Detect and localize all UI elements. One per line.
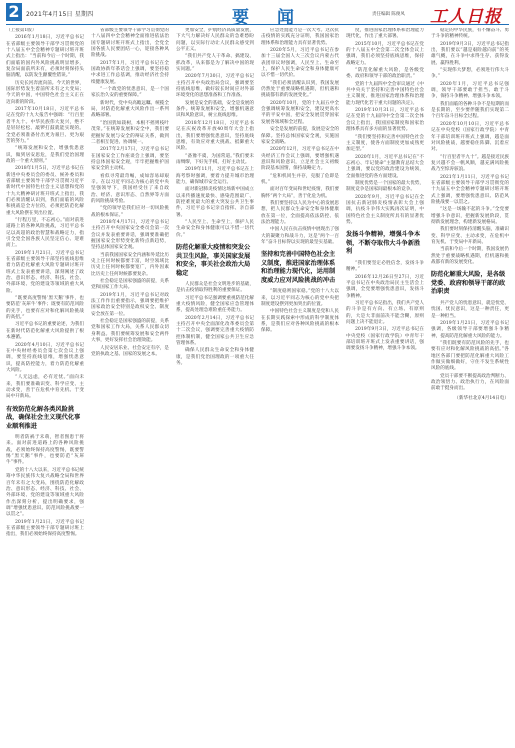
body-paragraph: 历史长河奔流向前。今天的世界，国际形势发生着前所未有之大变局；今天的中国，中国特… xyxy=(6,81,84,106)
body-paragraph: 2019年1月，习近平总书记对政法工作作出重要指示，强调要把维护国家政治安全特别… xyxy=(91,293,169,318)
body-paragraph: “统筹发展和安全，增强忧患意识，做到居安思危，是我们党治国理政的一个重大原则。” xyxy=(6,146,84,165)
body-paragraph: 2017年2月17日，习近平总书记在国家安全工作座谈会上强调，要坚持总体国家安全… xyxy=(91,147,169,172)
body-paragraph: 党的十九届四中全会审议通过《中共中央关于坚持和完善中国特色社会主义制度、推进国家… xyxy=(346,82,424,107)
body-paragraph: 人民群众是社会文明进步的基础，是抗击疫情取得胜利的重要保证。 xyxy=(176,282,254,295)
body-paragraph: 我们面临的各种斗争不是短期的而是长期的，至少要伴随我们实现第二个百年奋斗目标全过… xyxy=(431,102,509,121)
body-paragraph: “党的领导是我们应对一切风险挑战的根本保证。” xyxy=(91,206,169,219)
body-paragraph: （上接第1版） xyxy=(6,28,84,34)
body-paragraph: 党的十八大以来，习近平总书记统筹中华民族伟大复兴战略全局和世界百年未有之大变局，… xyxy=(6,468,84,519)
body-paragraph: “我们既要有防范风险的先手，也要有应对和化解风险挑战的高招。”各地区各部门要把防… xyxy=(431,341,509,373)
body-paragraph: “治国犹如栽树，本根不摇则枝叶茂荣。”在统筹发展和安全中，我们要把握好发展与安全… xyxy=(91,121,169,146)
body-paragraph: 2015年10月，习近平总书记在党的十八届五中全会第二次全体会议上强调，我们必须… xyxy=(346,42,424,67)
body-paragraph: 2018年12月18日，习近平总书记在庆祝改革开放40周年大会上指出，我们要增强… xyxy=(176,121,254,153)
body-paragraph: 2020年10月10日，习近平总书记在中央党校（国家行政学院）中青年干部培训班开… xyxy=(431,122,509,154)
dateline-note: （新华社北京4月14日电） xyxy=(431,395,509,401)
body-paragraph: “人民至上、生命至上，保护人民生命安全和身体健康可以不惜一切代价。” xyxy=(176,220,254,239)
body-paragraph: 新时代，党中央高瞻远瞩、统揽全局，对防范化解重大风险作出一系列战略部署。 xyxy=(91,101,169,120)
body-paragraph: 当前和今后一个时期，我国发展仍然处于重要战略机遇期，但机遇和挑战都有新的发展变化… xyxy=(431,247,509,266)
column-6: 稳定的中华民族，有不懈奋斗、勇于斗争的精神传统。2019年9月3日，习近平总书记… xyxy=(431,28,509,744)
body-paragraph: “行百里者半九十”。越是接近民族复兴越不会一帆风顺，越充满风险挑战乃至惊涛骇浪。 xyxy=(431,155,509,174)
body-paragraph: 明者防祸于未萌，智者图患于将来。面对前进道路上的各种风险挑战，必须始终保持高度警… xyxy=(6,435,84,467)
body-paragraph: “我们要坚定必胜信念，发扬斗争精神。” xyxy=(346,261,424,274)
page-number-badge: 2 xyxy=(6,3,22,21)
article-headline: 防范化解重大疫情和突发公共卫生风险，事关国家发展和安全，事关社会政治大局稳定 xyxy=(176,244,254,278)
body-paragraph: 度，推进国家治理体系和治理能力现代化，作出了重大部署。 xyxy=(346,28,424,41)
body-paragraph: 安全是发展的前提，发展是安全的保障。坚持总体国家安全观，实施国家安全战略。 xyxy=(261,127,339,146)
article-headline: 发扬斗争精神，增强斗争本领，不断夺取伟大斗争新胜利 xyxy=(346,231,424,257)
body-paragraph: 2020年1月，习近平总书记强调，领导干部要敢于担当、敢于斗争，保持斗争精神、增… xyxy=(431,82,509,101)
column-4: 应急处置能力是一次大考。这次抗击疫情的实践充分证明，我国国家治理体系和治理能力具… xyxy=(261,28,339,744)
body-paragraph: 习近平总书记强调要重视防范化解重大疫情风险，健全国家应急管理体系，提高处理急难险… xyxy=(176,296,254,315)
article-headline: 有效防范化解各类风险挑战，确保社会主义现代化事业顺利推进 xyxy=(6,406,84,432)
body-paragraph: 2021年1月11日，习近平总书记在省部级主要领导干部学习贯彻党的十九届五中全会… xyxy=(431,175,509,207)
body-paragraph: “制度稳则国家稳。”党的十八大以来，以习近平同志为核心的党中央把制度建设摆到更加… xyxy=(261,289,339,308)
body-paragraph: 2019年9月3日，习近平总书记在中央党校（国家行政学院）中青年干部培训班开班式… xyxy=(346,327,424,352)
body-paragraph: “危和机同生并存，克服了危即是机。” xyxy=(261,174,339,187)
body-paragraph: 2020年7月30日，习近平总书记主持召开中央政治局会议，强调要坚持底线思维，做… xyxy=(176,74,254,99)
body-paragraph: 面对百年变局和世纪疫情，我们要胸怀“两个大局”，善于化危为机。 xyxy=(261,187,339,200)
body-paragraph: 2020年10月，党的十九届五中全会强调统筹发展和安全，建设更高水平的平安中国，… xyxy=(261,101,339,126)
masthead: 2 2021年4月15日 星期四 要闻 责任编辑 陈俊凤 工人日报 xyxy=(0,0,515,24)
body-paragraph: 2019年9月3日，习近平总书记指出，我们要以“越是艰险越向前”的英雄气概，在斗… xyxy=(431,42,509,67)
body-paragraph: 习近平总书记指出，我们共产党人的斗争是有方向、有立场、有原则的，大是大非面前决不… xyxy=(346,301,424,326)
body-paragraph: “人无远虑，必有近忧。”面向未来，我们要准确识变、科学应变、主动求变，善于在危机… xyxy=(6,375,84,400)
column-3: 更加安全，护航经济高质量发展，下大气力解决好人民群众的急难愁盼问题，以实际行动让… xyxy=(176,28,254,744)
body-paragraph: 2016年12月26日至27日，习近平总书记在中央政治局民主生活会上强调，全党要… xyxy=(346,275,424,300)
body-paragraph: “行程万里，不忘初心。”面对前进道路上的各种风险挑战，习近平总书记以高超的政治智… xyxy=(6,218,84,250)
body-paragraph: 2018年1月5日，习近平总书记在新进中央委员会的委员、候补委员和省部级主要领导… xyxy=(6,166,84,217)
body-paragraph: 稳定的中华民族，有不懈奋斗、勇于斗争的精神传统。 xyxy=(431,28,509,41)
body-paragraph: 应急处置能力是一次大考。这次抗击疫情的实践充分证明，我国国家治理体系和治理能力具… xyxy=(261,28,339,47)
body-paragraph: 2017年1月，习近平总书记在全国政协新年茶话会上强调，要坚持稳中求进工作总基调… xyxy=(91,61,169,86)
body-paragraph: 人民安居乐业、社会安定有序，是党的执政之基、国家的发展之本。 xyxy=(91,346,169,359)
date-line: 2021年4月15日 星期四 xyxy=(26,9,93,18)
body-paragraph: 当前我国国家安全内涵和外延比历史上任何时候都要丰富，时空领域比历史上任何时候都要… xyxy=(91,253,169,278)
body-paragraph: 2019年10月31日，习近平总书记在党的十九届四中全会第二次全体会议上指出，我… xyxy=(346,108,424,133)
body-paragraph: 2017年10月18日，习近平总书记在党的十九大报告中强调：“行百里者半九十。中… xyxy=(6,107,84,145)
body-paragraph: 2020年4月10日，习近平总书记在中央财经委员会第七次会议上强调，要坚持底线思… xyxy=(6,343,84,375)
body-paragraph: 2019年1月21日，习近平总书记强调，各级领导干部要增强斗争精神，提高防范化解… xyxy=(431,321,509,340)
body-paragraph: 2020年1月，习近平总书记在“不忘初心、牢记使命”主题教育总结大会上强调，要以… xyxy=(346,155,424,180)
body-paragraph: “这是一场输不起的斗争。”全党要增强斗争意识，把握新发展阶段，贯彻新发展理念，构… xyxy=(431,207,509,226)
article-columns: （上接第1版）2016年1月18日，习近平总书记在省部级主要领导干部学习贯彻党的… xyxy=(6,28,509,744)
body-paragraph: 2020年12月，习近平总书记在中央经济工作会议上强调，要增强机遇意识和风险意识… xyxy=(261,147,339,172)
editor-credit: 责任编辑 陈俊凤 xyxy=(372,11,405,17)
body-paragraph: 中国人民在抗击疫情中展现出了强大的凝聚力和战斗力，这是“两个一百年”奋斗目标得以… xyxy=(261,227,339,246)
body-paragraph: 面对新冠肺炎疫情这场新中国成立以来传播速度最快、感染范围最广、防控难度最大的重大… xyxy=(176,187,254,219)
body-paragraph: 省部级主要领导干部学习贯彻党的十八届四中全会精神全面推进依法治国专题研讨班开班式… xyxy=(91,28,169,60)
header-rule xyxy=(6,24,509,25)
body-paragraph: 社会稳定是国家强盛的前提，关系党和国家工作大局。 xyxy=(91,279,169,292)
body-paragraph: “防范化解重大风险，是各级党委、政府和领导干部的政治职责。” xyxy=(346,68,424,81)
body-paragraph: “既要高度警惕‘黑天鹅’事件，也要防范‘灰犀牛’事件；既要有防范风险的先手，也要… xyxy=(6,296,84,321)
body-paragraph: 2018年4月17日，习近平总书记主持召开中央国家安全委员会第一次会议并发表重要… xyxy=(91,220,169,252)
body-paragraph: 共产党人的忧患意识，就是忧党、忧国、忧民意识，这是一种责任，更是一种担当。 xyxy=(431,301,509,320)
body-paragraph: 我们要坚持以人民为中心的发展思想，把人民群众生命安全和身体健康放在第一位，全面提… xyxy=(261,201,339,226)
body-paragraph: 发展是安全的基础，安全是发展的条件。统筹发展和安全，增强机遇意识和风险意识，树立… xyxy=(176,101,254,120)
column-1: （上接第1版）2016年1月18日，习近平总书记在省部级主要领导干部学习贯彻党的… xyxy=(6,28,84,744)
body-paragraph: 社会稳定是国家强盛的前提，关系党和国家工作大局，关系人民群众切身利益。我们要统筹… xyxy=(91,319,169,344)
body-paragraph: 2019年11月，习近平总书记在上海考察时强调，要着力提升城市治理能力，确保城市… xyxy=(176,167,254,186)
body-paragraph: “我们必须清醒认识到，我国发展仍然处于重要战略机遇期，但机遇和挑战都有新的发展变… xyxy=(261,81,339,100)
body-paragraph: 2020年5月，习近平总书记在参加十三届全国人大三次会议内蒙古代表团审议时强调，… xyxy=(261,48,339,80)
body-paragraph: “一个政党的忧患意识，是一个国家长治久安的重要保障。” xyxy=(91,87,169,100)
body-paragraph: 更加安全，护航经济高质量发展，下大气力解决好人民群众的急难愁盼问题，以实际行动让… xyxy=(176,28,254,53)
body-paragraph: 2020年2月14日，习近平总书记主持召开中央全面深化改革委员会第十二次会议，强… xyxy=(176,316,254,348)
body-paragraph: “实现伟大梦想，必须进行伟大斗争。” xyxy=(431,68,509,81)
body-paragraph: 党员干部要不断提高政治判断力、政治领悟力、政治执行力，在风险面前敢于挺身而出。 xyxy=(431,374,509,393)
column-2: 省部级主要领导干部学习贯彻党的十八届四中全会精神全面推进依法治国专题研讨班开班式… xyxy=(91,28,169,744)
body-paragraph: 2019年1月21日，习近平总书记在省部级主要领导干部坚持底线思维着力防范化解重… xyxy=(6,251,84,295)
body-paragraph: 2016年1月18日，习近平总书记在省部级主要领导干部学习贯彻党的十八届五中全会… xyxy=(6,35,84,79)
article-headline: 坚持和完善中国特色社会主义制度，推进国家治理体系和治理能力现代化，运用制度威力应… xyxy=(261,251,339,285)
body-paragraph: “我们共产党人干革命、搞建设、抓改革，从来都是为了解决中国的现实问题。” xyxy=(176,54,254,73)
body-paragraph: 制度优势是一个国家的最大优势，制度竞争是国家间最根本的竞争。 xyxy=(346,181,424,194)
body-paragraph: 2020年9月，习近平总书记在全国抗击新冠肺炎疫情表彰大会上强调，抗疫斗争伟大实… xyxy=(346,195,424,227)
body-paragraph: 确保人民群众生命安全和身体健康，是我们党治国理政的一项重大任务。 xyxy=(176,348,254,367)
body-paragraph: 2019年1月21日，习近平总书记在省部级主要领导干部专题研讨班上指出，我们必须… xyxy=(6,520,84,539)
article-headline: 防范化解重大风险，是各级党委、政府和领导干部的政治职责 xyxy=(431,271,509,297)
column-5: 度，推进国家治理体系和治理能力现代化，作出了重大部署。2015年10月，习近平总… xyxy=(346,28,424,744)
body-paragraph: 习近平总书记的重要论述，为我们在新时代防范化解重大风险提供了根本遵循。 xyxy=(6,322,84,341)
body-paragraph: “我们要坚持和完善中国特色社会主义制度，使各方面制度更加成熟更加定型。” xyxy=(346,135,424,154)
body-paragraph: 我们要时刻保持清醒头脑，准确识变、科学应变、主动求变，在危机中育先机、于变局中开… xyxy=(431,227,509,246)
body-paragraph: 中国特色社会主义制度是党和人民在长期实践探索中形成的科学制度体系，是我们应对各种… xyxy=(261,309,339,334)
body-paragraph: “备豫不虞，为国常道。”我们要未雨绸缪，下好先手棋，打好主动仗。 xyxy=(176,154,254,167)
body-paragraph: 看似寻常最奇崛，成如容易却艰辛。在以习近平同志为核心的党中央坚强领导下，我国经受… xyxy=(91,174,169,206)
